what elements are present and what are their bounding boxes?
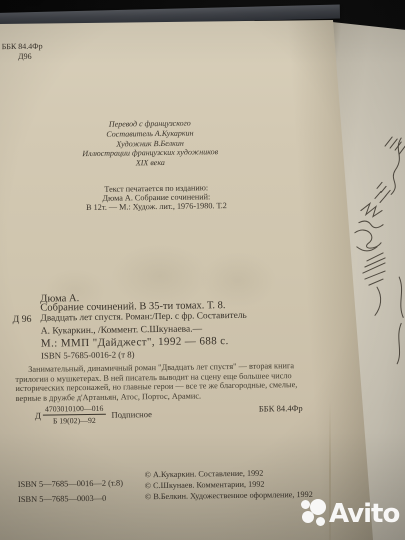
fraction-denominator: Б 19(02)—92 [43,415,106,426]
credit-line: XIX века [40,157,260,170]
fraction-numerator: 4703010100—016 [43,404,106,416]
book-page-photo: ББК 84.4Фр Д96 Перевод с французского Со… [0,0,405,540]
imprint-prefix: Д [35,410,41,420]
avito-logo-icon [301,500,310,509]
credits-block: Перевод с французского Составитель А.Кук… [40,118,261,170]
copyright-line: © В.Белкин. Художественное оформление, 1… [145,489,313,503]
udc-fraction: 4703010100—016 Б 19(02)—92 [43,404,106,426]
printed-text-layer: ББК 84.4Фр Д96 Перевод с французского Со… [0,0,405,540]
print-imprint: Д 4703010100—016 Б 19(02)—92 Подписное [35,403,152,426]
isbn-list: ISBN 5—7685—0016—2 (т.8) ISBN 5—7685—000… [18,477,124,507]
subscription-note: Подписное [111,409,152,420]
avito-wordmark: Avito [329,499,399,529]
avito-watermark: Avito [296,496,405,538]
annotation-paragraph: Занимательный, динамичный роман "Двадцат… [15,361,297,404]
source-edition-note: Текст печатается по изданию: Дюма А. Соб… [44,182,269,213]
bbk-code-bottom: ББК 84.4Фр [259,403,303,414]
catalog-title-line: Д 96Двадцать лет спустя. Роман:/Пер. с ф… [40,311,246,324]
bbk-code: ББК 84.4Фр [2,42,48,52]
bbk-classification: ББК 84.4Фр Д96 [2,42,48,62]
catalog-index: Д 96 [12,314,31,325]
catalog-line: М.: ММП "Дайджест", 1992 — 688 с. [41,335,229,350]
avito-logo-icon [302,511,314,523]
isbn-line: ISBN 5—7685—0003—0 [18,491,123,507]
author-code: Д96 [2,51,48,61]
avito-logo-icon [316,517,325,526]
source-line: В 12т. — М.: Худож. лит., 1976-1980. Т.2 [44,201,269,213]
catalog-isbn: ISBN 5-7685-0016-2 (т 8) [41,349,135,360]
copyright-list: © А.Кукаркин. Составление, 1992 © С.Шкун… [145,467,313,503]
isbn-line: ISBN 5—7685—0016—2 (т.8) [18,477,123,493]
